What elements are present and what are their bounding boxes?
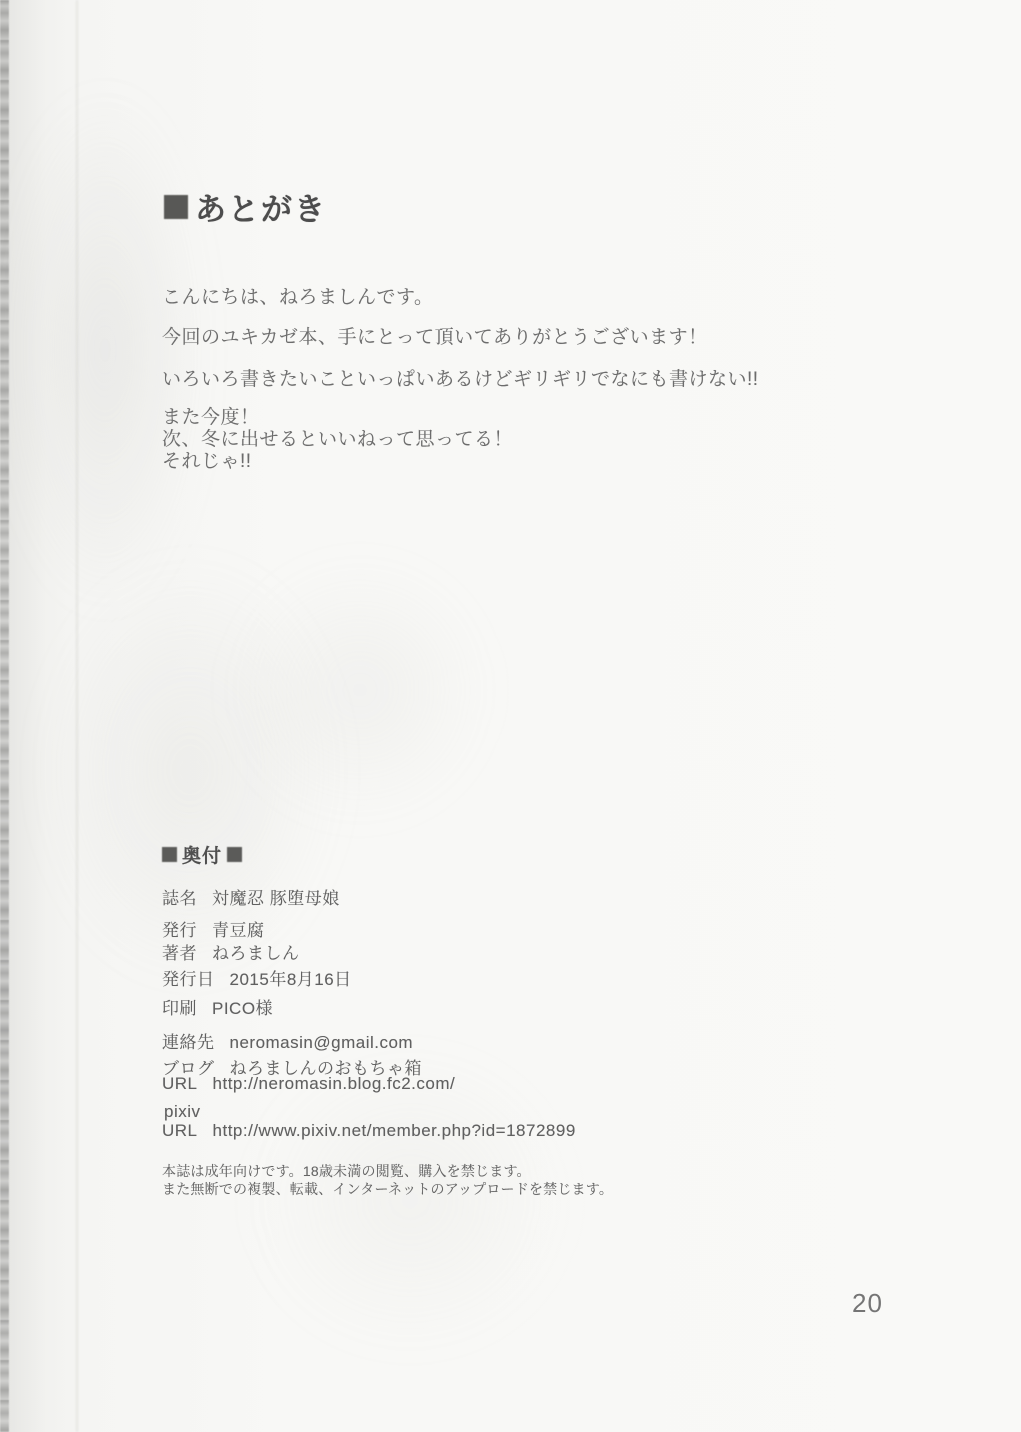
colophon-row-contact: 連絡先neromasin@gmail.com <box>162 1028 413 1053</box>
scan-spine-artifact <box>0 0 9 1432</box>
square-bullet-icon <box>227 847 242 862</box>
colophon-row-pixiv-url: URLhttp://www.pixiv.net/member.php?id=18… <box>162 1121 576 1141</box>
colophon-row-printer: 印刷PICO様 <box>162 994 273 1019</box>
row-value: http://www.pixiv.net/member.php?id=18728… <box>213 1121 576 1140</box>
row-label: 著者 <box>162 944 197 963</box>
row-label: 連絡先 <box>162 1033 215 1052</box>
afterword-line: いろいろ書きたいこといっぱいあるけどギリギリでなにも書けない!! <box>162 364 759 391</box>
colophon-row-pixiv: pixiv <box>164 1102 216 1122</box>
row-value: 対魔忍 豚堕母娘 <box>212 889 340 908</box>
row-label: pixiv <box>164 1102 201 1121</box>
colophon-row-title: 誌名対魔忍 豚堕母娘 <box>162 884 340 909</box>
row-value: PICO様 <box>212 999 273 1018</box>
page-bleedthrough-ghost <box>230 560 490 820</box>
colophon-heading: 奥付 <box>162 841 242 868</box>
row-label: 印刷 <box>162 999 197 1018</box>
row-label: 誌名 <box>162 889 197 908</box>
colophon-row-blog-url: URLhttp://neromasin.blog.fc2.com/ <box>162 1074 455 1094</box>
row-value: 青豆腐 <box>212 921 265 940</box>
row-label: 発行 <box>162 921 197 940</box>
colophon-heading-label: 奥付 <box>182 841 222 868</box>
row-value: neromasin@gmail.com <box>230 1033 414 1052</box>
square-bullet-icon <box>164 195 188 219</box>
row-label: 発行日 <box>162 970 215 989</box>
row-label: URL <box>162 1074 198 1093</box>
row-value: http://neromasin.blog.fc2.com/ <box>213 1074 456 1093</box>
colophon-row-author: 著者ねろましん <box>162 939 300 964</box>
afterword-heading-label: あとがき <box>195 184 327 229</box>
colophon-row-date: 発行日2015年8月16日 <box>162 965 352 990</box>
scan-fold-line <box>76 0 78 1432</box>
square-bullet-icon <box>162 847 177 862</box>
row-label: URL <box>162 1121 198 1140</box>
scan-edge-shadow <box>9 0 77 1432</box>
page-bleedthrough-ghost <box>250 1050 570 1350</box>
disclaimer-line: また無断での複製、転載、インターネットのアップロードを禁じます。 <box>162 1179 613 1199</box>
page-number: 20 <box>852 1288 883 1319</box>
row-value: 2015年8月16日 <box>230 970 352 989</box>
afterword-line: 今回のユキカゼ本、手にとって頂いてありがとうございます！ <box>162 322 708 349</box>
scanned-afterword-page: あとがき こんにちは、ねろましんです。 今回のユキカゼ本、手にとって頂いてありが… <box>0 0 1021 1432</box>
afterword-line: こんにちは、ねろましんです。 <box>162 282 433 309</box>
afterword-line: それじゃ!! <box>162 446 252 473</box>
disclaimer-line: 本誌は成年向けです。18歳未満の閲覧、購入を禁じます。 <box>162 1161 531 1181</box>
colophon-row-publisher: 発行青豆腐 <box>162 916 265 941</box>
afterword-heading: あとがき <box>164 184 327 229</box>
row-value: ねろましん <box>212 944 300 963</box>
